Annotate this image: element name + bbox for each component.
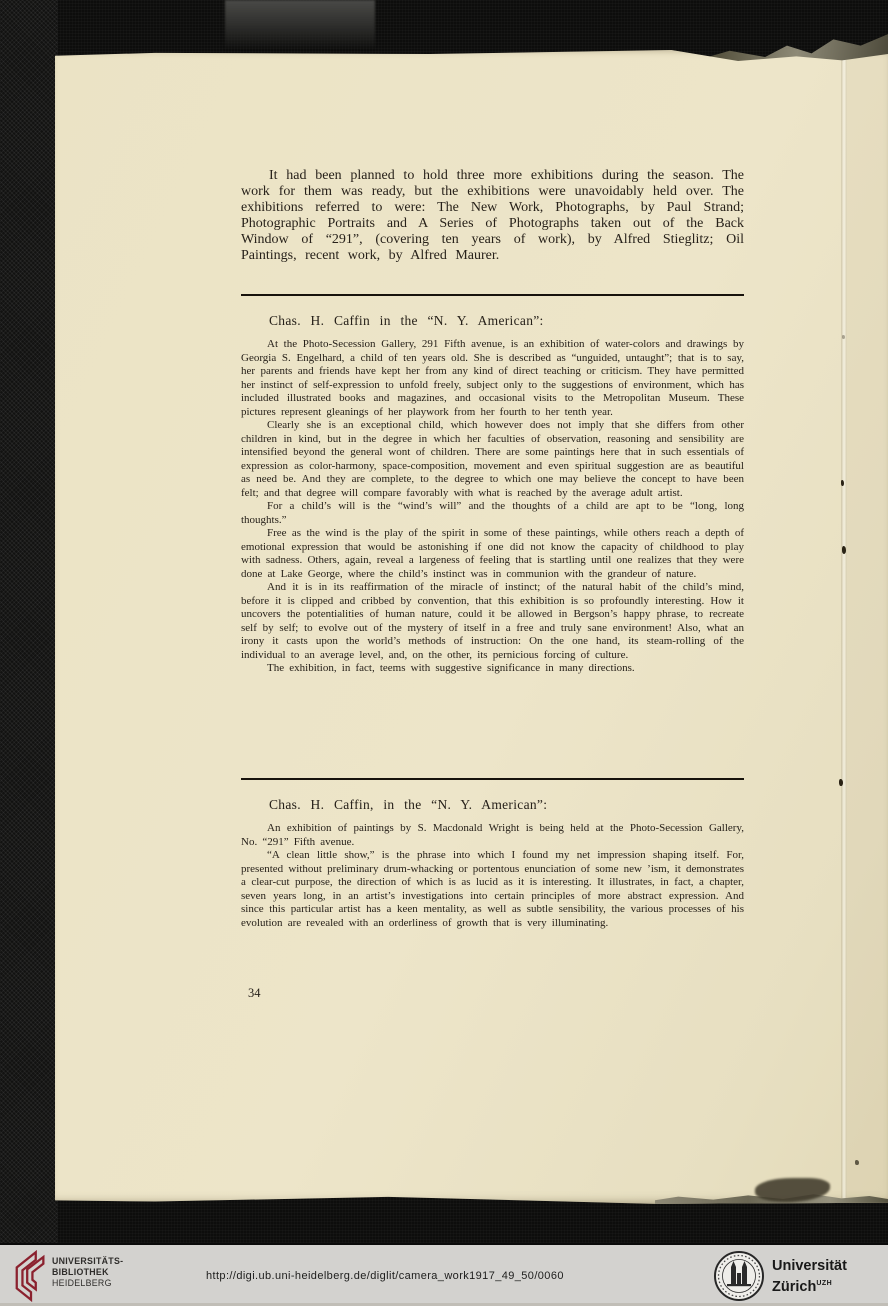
body-paragraph: Clearly she is an exceptional child, whi… <box>241 419 744 500</box>
uzh-wordmark: Universität ZürichUZH <box>772 1258 847 1296</box>
uzh-wordmark-line2: ZürichUZH <box>772 1275 847 1296</box>
page-speck <box>839 779 843 786</box>
section-divider <box>241 778 744 780</box>
section-caffin-wright: Chas. H. Caffin, in the “N. Y. American”… <box>241 778 744 930</box>
scan-light-sheen <box>225 0 375 50</box>
document-url: http://digi.ub.uni-heidelberg.de/diglit/… <box>206 1270 564 1282</box>
body-paragraph: An exhibition of paintings by S. Macdona… <box>241 822 744 849</box>
body-paragraph: “A clean little show,” is the phrase int… <box>241 849 744 930</box>
page-speck <box>841 480 844 486</box>
body-paragraph: For a child’s will is the “wind’s will” … <box>241 500 744 527</box>
page-speck <box>842 335 845 339</box>
book-cloth-texture <box>0 0 58 1306</box>
section-caffin-engelhard: Chas. H. Caffin in the “N. Y. American”:… <box>241 294 744 676</box>
section-heading: Chas. H. Caffin in the “N. Y. American”: <box>241 313 744 329</box>
body-paragraph: The exhibition, in fact, teems with sugg… <box>241 662 744 676</box>
scan-page: It had been planned to hold three more e… <box>55 50 888 1205</box>
library-name: UNIVERSITÄTS- BIBLIOTHEK HEIDELBERG <box>52 1256 123 1289</box>
footer-bar: UNIVERSITÄTS- BIBLIOTHEK HEIDELBERG http… <box>0 1243 888 1306</box>
body-paragraph: And it is in its reaffirmation of the mi… <box>241 581 744 662</box>
page-speck <box>855 1160 859 1165</box>
page-number: 34 <box>248 986 261 1001</box>
scanned-book-viewer: It had been planned to hold three more e… <box>0 0 888 1306</box>
heidelberg-library-logo-icon <box>12 1250 50 1306</box>
uzh-seal-icon <box>713 1250 765 1306</box>
uzh-wordmark-line1: Universität <box>772 1258 847 1275</box>
library-name-line2: BIBLIOTHEK <box>52 1267 123 1278</box>
library-name-line1: UNIVERSITÄTS- <box>52 1256 123 1267</box>
library-name-line3: HEIDELBERG <box>52 1278 123 1289</box>
page-fold-shade <box>847 50 888 1205</box>
intro-paragraph: It had been planned to hold three more e… <box>241 168 744 264</box>
section-divider <box>241 294 744 296</box>
uzh-superscript: UZH <box>816 1280 832 1287</box>
section-heading: Chas. H. Caffin, in the “N. Y. American”… <box>241 797 744 813</box>
editorial-note: It had been planned to hold three more e… <box>241 168 744 264</box>
body-paragraph: Free as the wind is the play of the spir… <box>241 527 744 581</box>
page-speck <box>842 546 846 554</box>
body-paragraph: At the Photo-Secession Gallery, 291 Fift… <box>241 338 744 419</box>
